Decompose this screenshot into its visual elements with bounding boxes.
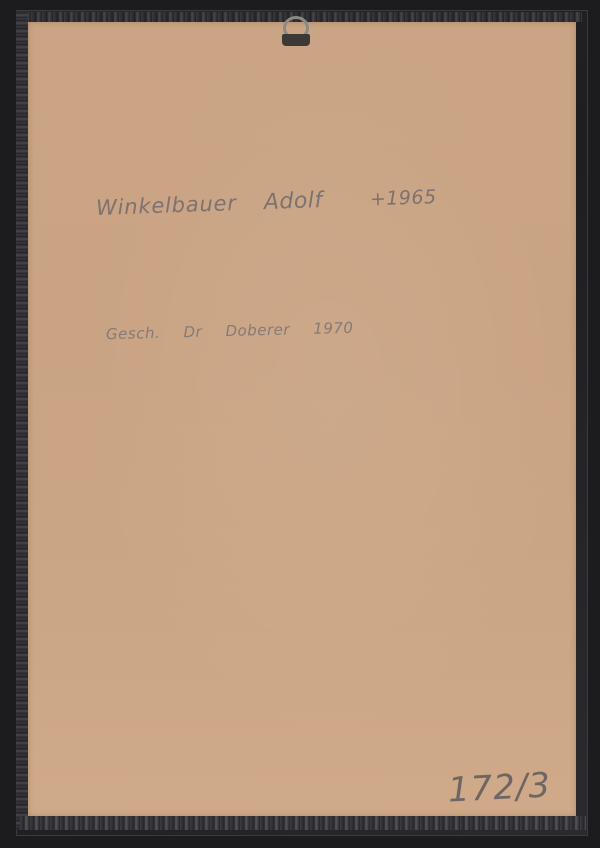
ring-mount-plate bbox=[282, 34, 310, 46]
inventory-number: 172/3 bbox=[447, 765, 552, 810]
provenance-year: 1970 bbox=[313, 319, 354, 338]
provenance-name: Doberer bbox=[225, 320, 290, 340]
hanging-ring-icon bbox=[280, 14, 312, 50]
frame-bottom-edge bbox=[20, 816, 586, 830]
artist-death-year: +1965 bbox=[369, 186, 437, 210]
provenance-prefix: Gesch. bbox=[106, 324, 161, 343]
cardboard-backing bbox=[28, 22, 576, 816]
artist-surname: Winkelbauer bbox=[96, 191, 237, 220]
provenance-title: Dr bbox=[183, 323, 202, 341]
artist-given-name: Adolf bbox=[263, 188, 323, 215]
frame-left-edge bbox=[16, 10, 28, 830]
